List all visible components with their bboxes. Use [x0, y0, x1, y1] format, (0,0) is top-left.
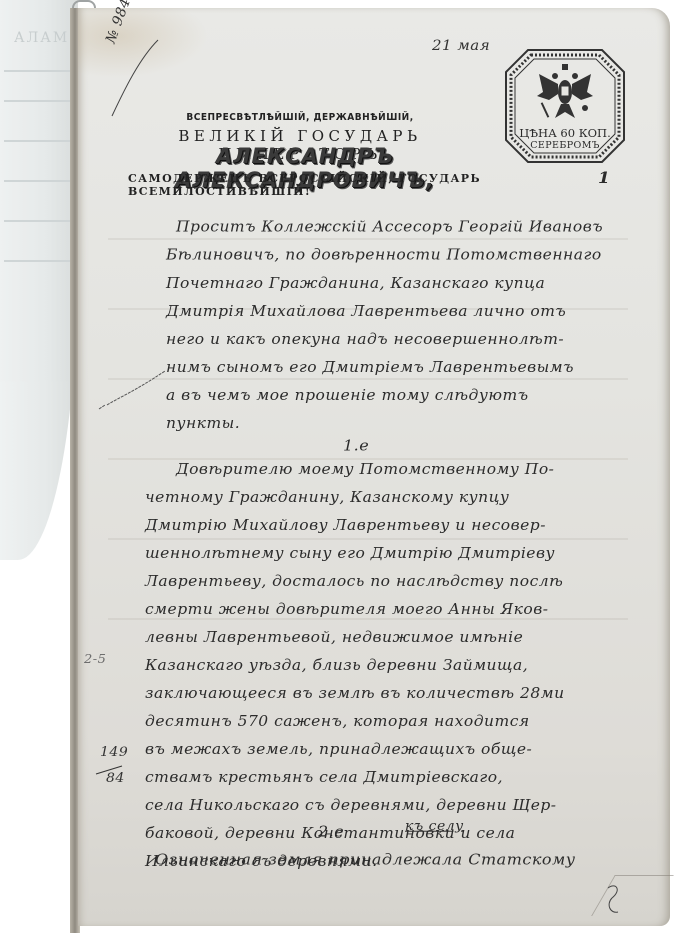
pencil-margin-mark: [95, 365, 170, 415]
section-1-line: заключающееся въ землѣ въ количествѣ 28м…: [145, 684, 565, 701]
section-1-line: села Никольскаго съ деревнями, деревни Щ…: [145, 796, 557, 813]
section-1-line: четному Гражданину, Казанскому купцу: [145, 488, 509, 505]
intro-line: нимъ сыномъ его Дмитріемъ Лаврентьевымъ: [166, 358, 574, 375]
section-1-line: Довѣрителю моему Потомственному По-: [176, 460, 554, 477]
date-note: 21 мая: [432, 36, 490, 53]
ghost-line: [4, 100, 70, 102]
section-1-line: Лаврентьеву, досталось по наслѣдству пос…: [145, 572, 563, 589]
section-1-line: смерти жены довѣрителя моего Анны Яков-: [145, 600, 549, 617]
margin-note-pencil: 2-5: [84, 652, 106, 666]
intro-line: Проситъ Коллежскій Ассесоръ Георгій Иван…: [176, 218, 603, 235]
ghost-line: [4, 70, 70, 72]
intro-line: пункты.: [166, 414, 240, 431]
ghost-line: [4, 220, 70, 222]
bleed-through-line: [108, 538, 628, 540]
bleed-through-line: [108, 378, 628, 380]
previous-page-faded-title: АЛАМ: [14, 30, 69, 46]
stamp-price: ЦѢНА 60 КОП.: [504, 126, 626, 140]
section-1-line: ствамъ крестьянъ села Дмитріевскаго,: [145, 768, 503, 785]
ghost-line: [4, 140, 70, 142]
catchword-mark: [600, 882, 640, 922]
section-2-line: Означенная земля принадлежала Статскому: [155, 850, 576, 868]
double-headed-eagle-icon: [535, 62, 595, 124]
section-1-label: 1.е: [343, 436, 369, 454]
intro-line: Дмитрія Михайлова Лаврентьева лично отъ: [166, 302, 566, 319]
archive-slash-mark: [110, 38, 160, 118]
header-line-4: САМОДЕРЖЕЦЪ ВСЕРОССІЙСКІЙ, ГОСУДАРЬ ВСЕМ…: [128, 172, 528, 198]
section-1-line: левны Лаврентьевой, недвижимое имѣніе: [145, 628, 523, 645]
header-line-1: ВСЕПРЕСВѢТЛѢЙШІЙ, ДЕРЖАВНѢЙШІЙ,: [110, 112, 490, 123]
section-1-line: шеннолѣтнему сыну его Дмитрію Дмитріеву: [145, 544, 555, 561]
ghost-line: [4, 260, 70, 262]
bleed-through-line: [108, 618, 628, 620]
ghost-line: [4, 180, 70, 182]
revenue-stamp: ЦѢНА 60 КОП. СЕРЕБРОМЪ: [504, 48, 626, 164]
intro-line: Бѣлиновичъ, по довѣренности Потомственна…: [166, 246, 602, 263]
margin-fraction-bottom: 84: [106, 770, 125, 785]
previous-page: АЛАМ: [0, 0, 78, 560]
section-2-note: къ селу: [405, 818, 464, 833]
intro-line: него и какъ опекуна надъ несовершеннолѣт…: [166, 330, 564, 347]
section-1-line: десятинъ 570 саженъ, которая находится: [145, 712, 530, 729]
page-number-mark: 1: [598, 169, 610, 188]
section-1-line: Дмитрію Михайлову Лаврентьеву и несовер-: [145, 516, 546, 533]
intro-line: а въ чемъ мое прошеніе тому слѣдуютъ: [166, 386, 529, 403]
section-1-line: Казанскаго уѣзда, близь деревни Займища,: [145, 656, 528, 673]
stamp-currency: СЕРЕБРОМЪ: [504, 140, 626, 151]
bleed-through-line: [108, 238, 628, 240]
margin-fraction-top: 149: [100, 744, 128, 759]
section-1-line: въ межахъ земель, принадлежащихъ обще-: [145, 740, 532, 757]
intro-line: Почетнаго Гражданина, Казанскаго купца: [166, 274, 545, 291]
section-2-label: 2.е: [318, 822, 344, 840]
